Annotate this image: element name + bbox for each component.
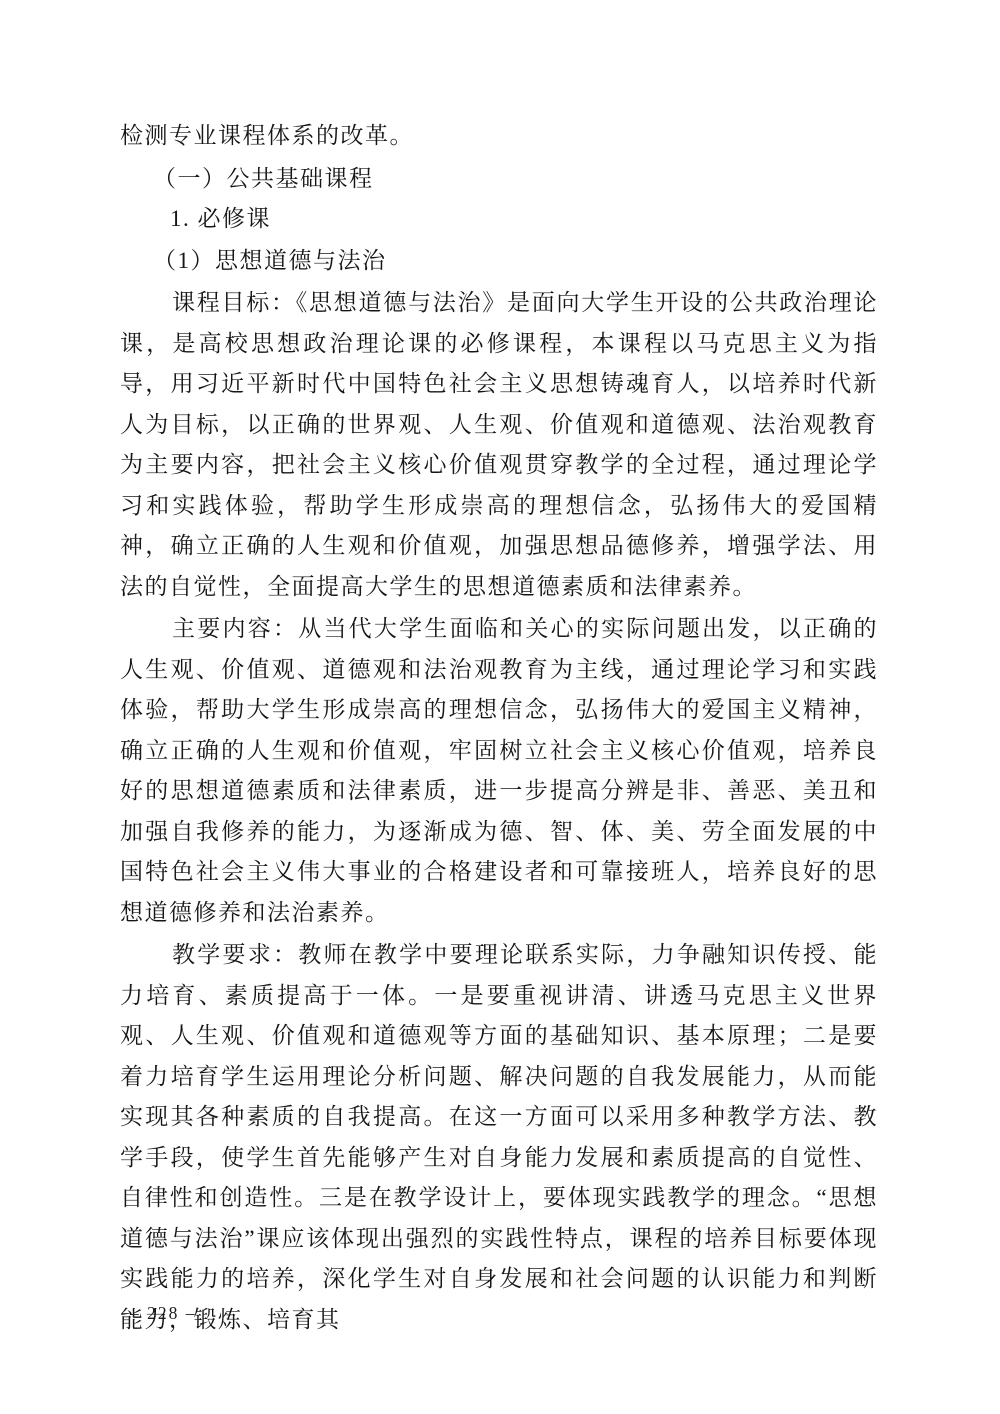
page-body: 检测专业课程体系的改革。 （一）公共基础课程 1. 必修课 （1）思想道德与法治… [120,116,878,1340]
paragraph-main-content: 主要内容：从当代大学生面临和关心的实际问题出发，以正确的人生观、价值观、道德观和… [120,609,878,933]
section-heading: （一）公共基础课程 [120,158,878,199]
numbered-subheading: 1. 必修课 [120,199,878,240]
paragraph-course-objectives: 课程目标：《思想道德与法治》是面向大学生开设的公共政治理论课，是高校思想政治理论… [120,283,878,607]
paragraph-teaching-requirements: 教学要求：教师在教学中要理论联系实际，力争融知识传授、能力培育、素质提高于一体。… [120,935,878,1340]
paragraph-continuation: 检测专业课程体系的改革。 [120,116,878,157]
document-page: 检测专业课程体系的改革。 （一）公共基础课程 1. 必修课 （1）思想道德与法治… [0,0,1000,1414]
page-number: – 228 – [130,1303,197,1324]
course-item-heading: （1）思想道德与法治 [120,241,878,282]
